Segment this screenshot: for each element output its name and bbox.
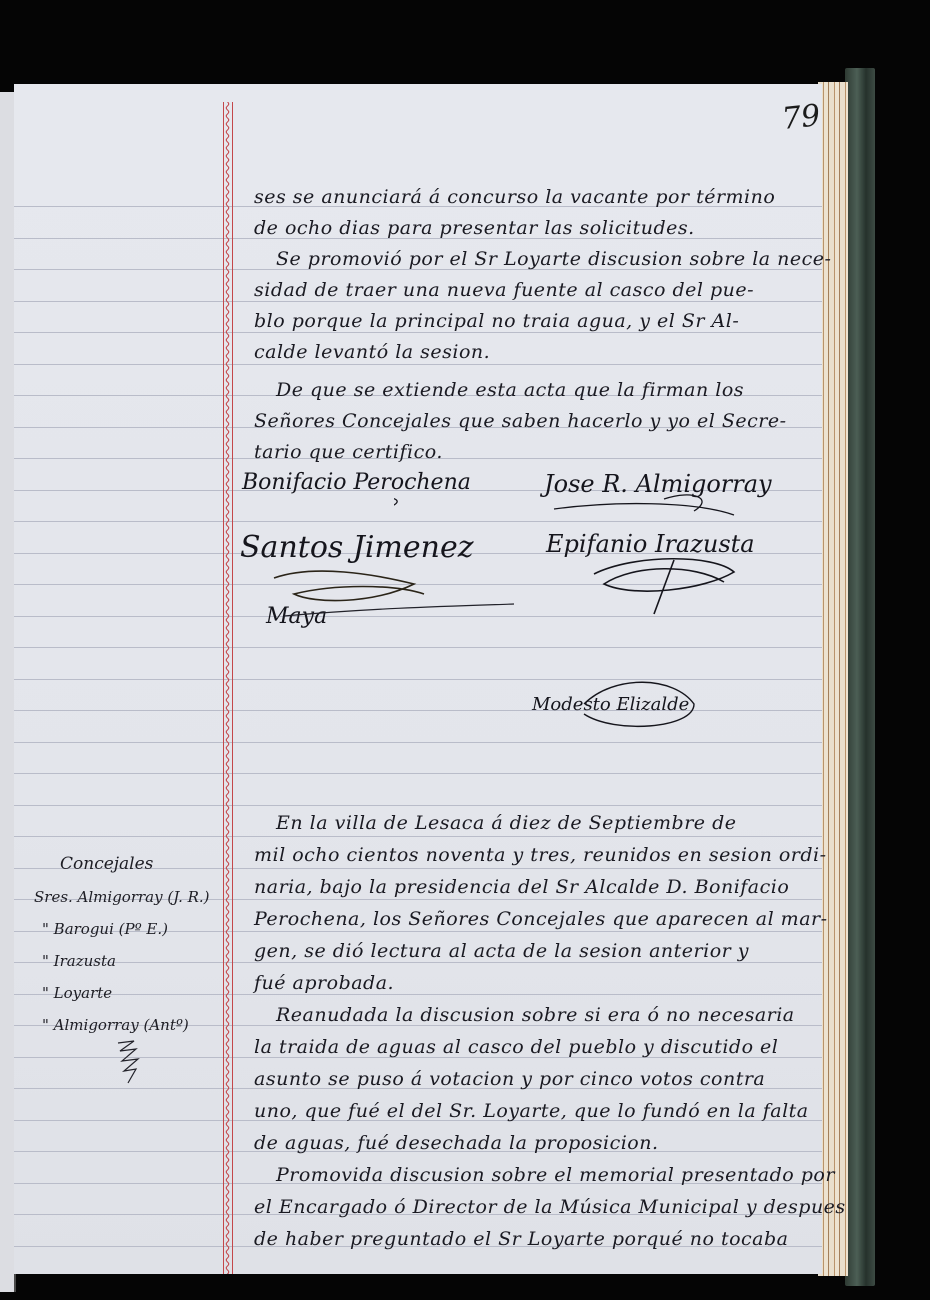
margin-rubric — [114, 1039, 144, 1089]
minutes-line: asunto se puso á votacion y por cinco vo… — [254, 1068, 765, 1090]
minutes-line: gen, se dió lectura al acta de la sesion… — [254, 940, 749, 962]
margin-heading: Concejales — [60, 854, 153, 874]
body-line: De que se extiende esta acta que la firm… — [276, 379, 744, 401]
margin-entry: " Loyarte — [42, 984, 112, 1002]
minutes-line: uno, que fué el del Sr. Loyarte, que lo … — [254, 1100, 809, 1122]
minutes-line: En la villa de Lesaca á diez de Septiemb… — [276, 812, 737, 834]
signature-flourishes — [254, 554, 774, 754]
minutes-line: Perochena, los Señores Concejales que ap… — [254, 908, 828, 930]
minutes-line: fué aprobada. — [254, 972, 394, 994]
margin-entry: " Irazusta — [42, 952, 116, 970]
signature-underlines — [394, 479, 814, 519]
margin-entry: " Almigorray (Antº) — [42, 1016, 189, 1034]
body-line: tario que certifico. — [254, 441, 443, 463]
ruling-line — [14, 521, 822, 522]
ruling-line — [14, 962, 822, 963]
ledger-book: 79 ses se anunciará á concurso la vacant… — [0, 40, 870, 1270]
wavy-margin-ornament — [224, 102, 231, 1274]
body-line: Señores Concejales que saben hacerlo y y… — [254, 410, 787, 432]
body-line: ses se anunciará á concurso la vacante p… — [254, 186, 775, 208]
minutes-line: el Encargado ó Director de la Música Mun… — [254, 1196, 846, 1218]
minutes-line: mil ocho cientos noventa y tres, reunido… — [254, 844, 827, 866]
minutes-line: Promovida discusion sobre el memorial pr… — [276, 1164, 835, 1186]
page-number: 79 — [780, 98, 822, 137]
minutes-line: de haber preguntado el Sr Loyarte porqué… — [254, 1228, 789, 1250]
minutes-line: la traida de aguas al casco del pueblo y… — [254, 1036, 778, 1058]
body-line: de ocho dias para presentar las solicitu… — [254, 217, 695, 239]
red-margin-rule — [223, 102, 233, 1274]
margin-entry: " Barogui (Pº E.) — [42, 920, 168, 938]
minutes-line: naria, bajo la presidencia del Sr Alcald… — [254, 876, 789, 898]
ruling-line — [14, 301, 822, 302]
ruling-line — [14, 773, 822, 774]
ruling-line — [14, 994, 822, 995]
body-line: blo porque la principal no traia agua, y… — [254, 310, 739, 332]
body-line: Se promovió por el Sr Loyarte discusion … — [276, 248, 831, 270]
body-line: sidad de traer una nueva fuente al casco… — [254, 279, 754, 301]
ruling-line — [14, 836, 822, 837]
ruling-line — [14, 805, 822, 806]
ledger-page: 79 ses se anunciará á concurso la vacant… — [14, 84, 822, 1274]
minutes-line: Reanudada la discusion sobre si era ó no… — [276, 1004, 795, 1026]
margin-entry: Sres. Almigorray (J. R.) — [34, 888, 210, 906]
ruling-line — [14, 364, 822, 365]
book-cover-edge — [845, 68, 875, 1286]
ruling-line — [14, 332, 822, 333]
body-line: calde levantó la sesion. — [254, 341, 490, 363]
minutes-line: de aguas, fué desechada la proposicion. — [254, 1132, 659, 1154]
